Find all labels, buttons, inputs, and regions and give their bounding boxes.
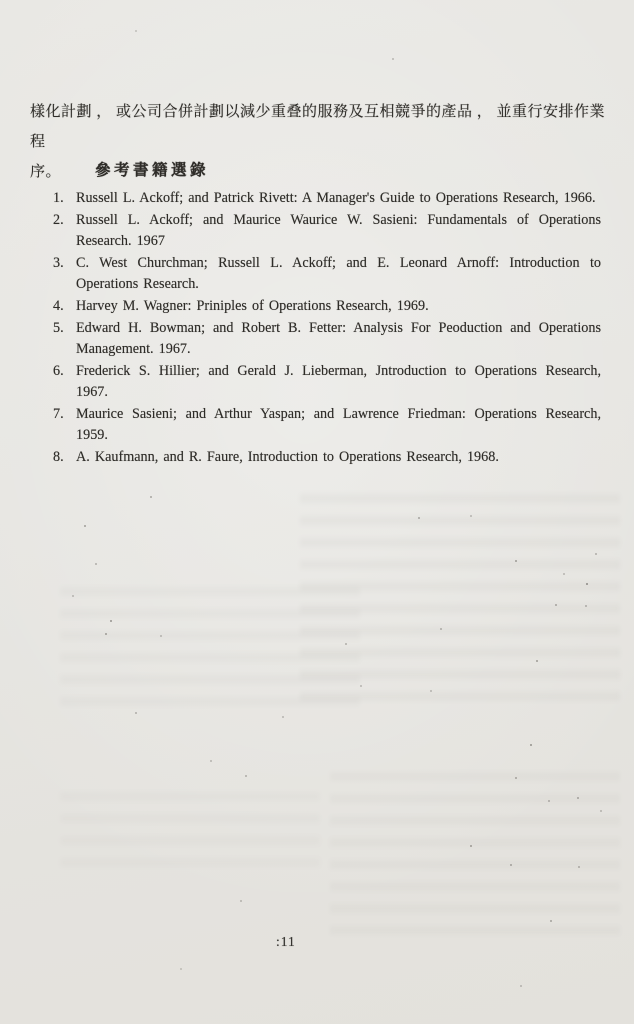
item-number: 5. xyxy=(53,318,64,339)
item-number: 4. xyxy=(53,296,64,317)
bibliography-item: 5.Edward H. Bowman; and Robert B. Fetter… xyxy=(45,318,601,360)
bibliography-item: 2.Russell L. Ackoff; and Maurice Waurice… xyxy=(45,210,601,252)
scanned-document-page: 樣化計劃 ， 或公司合併計劃以減少重叠的服務及互相競爭的產品 ， 並重行安排作業… xyxy=(0,0,634,1024)
bleed-through-texture xyxy=(60,790,320,880)
bleed-through-texture xyxy=(330,770,620,935)
bibliography-item: 6.Frederick S. Hillier; and Gerald J. Li… xyxy=(45,361,601,403)
item-number: 3. xyxy=(53,253,64,274)
item-number: 2. xyxy=(53,210,64,231)
item-text: A. Kaufmann, and R. Faure, Introduction … xyxy=(76,449,499,465)
item-text: Maurice Sasieni; and Arthur Yaspan; and … xyxy=(76,406,601,443)
page-number: :11 xyxy=(276,934,336,950)
bibliography-list: 1.Russell L. Ackoff; and Patrick Rivett:… xyxy=(45,188,601,469)
item-text: Harvey M. Wagner: Priniples of Operation… xyxy=(76,298,429,314)
bibliography-heading: 參考書籍選錄 xyxy=(95,158,209,180)
bibliography-item: 4.Harvey M. Wagner: Priniples of Operati… xyxy=(45,296,601,317)
bibliography-item: 3.C. West Churchman; Russell L. Ackoff; … xyxy=(45,253,601,295)
bleed-through-texture xyxy=(60,585,360,715)
item-number: 6. xyxy=(53,361,64,382)
item-number: 1. xyxy=(53,188,64,209)
scan-specks xyxy=(0,0,2,2)
item-text: Russell L. Ackoff; and Maurice Waurice W… xyxy=(76,212,601,249)
item-text: C. West Churchman; Russell L. Ackoff; an… xyxy=(76,255,601,292)
bibliography-item: 7.Maurice Sasieni; and Arthur Yaspan; an… xyxy=(45,404,601,446)
item-number: 8. xyxy=(53,447,64,468)
item-number: 7. xyxy=(53,404,64,425)
bibliography-item: 1.Russell L. Ackoff; and Patrick Rivett:… xyxy=(45,188,601,209)
bleed-through-texture xyxy=(300,492,620,702)
intro-paragraph-line-1: 樣化計劃 ， 或公司合併計劃以減少重叠的服務及互相競爭的產品 ， 並重行安排作業… xyxy=(30,97,612,157)
item-text: Frederick S. Hillier; and Gerald J. Lieb… xyxy=(76,363,601,400)
item-text: Edward H. Bowman; and Robert B. Fetter: … xyxy=(76,320,601,357)
bibliography-item: 8.A. Kaufmann, and R. Faure, Introductio… xyxy=(45,447,601,468)
item-text: Russell L. Ackoff; and Patrick Rivett: A… xyxy=(76,190,596,206)
